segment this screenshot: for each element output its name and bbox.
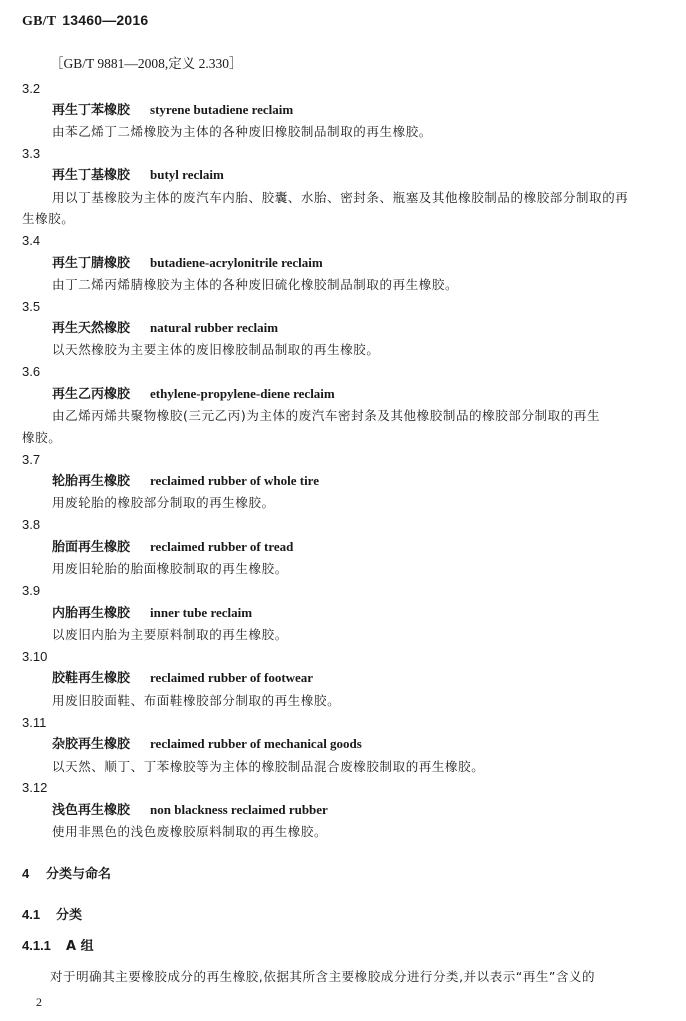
term-heading: 内胎再生橡胶inner tube reclaim [52, 605, 252, 622]
page-header: GB/T13460—2016 [22, 12, 148, 30]
term-definition: 以废旧内胎为主要原料制取的再生橡胶。 [52, 627, 288, 643]
page-number: 2 [36, 995, 42, 1010]
term-zh: 胶鞋再生橡胶 [52, 671, 130, 686]
term-en: natural rubber reclaim [150, 320, 278, 335]
term-number: 3.10 [22, 649, 47, 665]
term-number: 3.3 [22, 146, 40, 162]
term-en: reclaimed rubber of whole tire [150, 473, 319, 488]
term-zh: 杂胶再生橡胶 [52, 737, 130, 752]
term-en: reclaimed rubber of tread [150, 539, 293, 554]
term-heading: 胎面再生橡胶reclaimed rubber of tread [52, 539, 293, 556]
term-heading: 再生丁苯橡胶styrene butadiene reclaim [52, 102, 293, 119]
term-en: butadiene-acrylonitrile reclaim [150, 255, 323, 270]
term-heading: 再生乙丙橡胶ethylene-propylene-diene reclaim [52, 386, 335, 403]
term-number: 3.12 [22, 780, 47, 796]
term-zh: 再生天然橡胶 [52, 321, 130, 336]
term-number: 3.2 [22, 81, 40, 97]
term-zh: 再生丁基橡胶 [52, 168, 130, 183]
term-definition: 以天然、顺丁、丁苯橡胶等为主体的橡胶制品混合废橡胶制取的再生橡胶。 [52, 759, 484, 775]
term-heading: 胶鞋再生橡胶reclaimed rubber of footwear [52, 670, 313, 687]
term-definition: 用以丁基橡胶为主体的废汽车内胎、胶囊、水胎、密封条、瓶塞及其他橡胶制品的橡胶部分… [52, 190, 628, 206]
term-zh: 浅色再生橡胶 [52, 803, 130, 818]
term-definition: 以天然橡胶为主要主体的废旧橡胶制品制取的再生橡胶。 [52, 342, 380, 358]
term-en: butyl reclaim [150, 167, 224, 182]
term-heading: 杂胶再生橡胶reclaimed rubber of mechanical goo… [52, 736, 362, 753]
term-definition: 由苯乙烯丁二烯橡胶为主体的各种废旧橡胶制品制取的再生橡胶。 [52, 124, 432, 140]
term-en: ethylene-propylene-diene reclaim [150, 386, 335, 401]
term-heading: 轮胎再生橡胶reclaimed rubber of whole tire [52, 473, 319, 490]
document-page: GB/T13460—2016 ［GB/T 9881—2008,定义 2.330］… [0, 0, 686, 1021]
section-title: A 组 [66, 939, 94, 954]
term-en: styrene butadiene reclaim [150, 102, 293, 117]
term-zh: 再生丁苯橡胶 [52, 103, 130, 118]
section-number: 4.1 [22, 907, 56, 923]
term-definition: 使用非黑色的浅色废橡胶原料制取的再生橡胶。 [52, 824, 327, 840]
term-definition: 用废轮胎的橡胶部分制取的再生橡胶。 [52, 495, 275, 511]
term-number: 3.9 [22, 583, 40, 599]
term-heading: 浅色再生橡胶non blackness reclaimed rubber [52, 802, 328, 819]
term-definition: 用废旧轮胎的胎面橡胶制取的再生橡胶。 [52, 561, 288, 577]
term-heading: 再生丁腈橡胶butadiene-acrylonitrile reclaim [52, 255, 323, 272]
term-definition: 由丁二烯丙烯腈橡胶为主体的各种废旧硫化橡胶制品制取的再生橡胶。 [52, 277, 458, 293]
section-number: 4 [22, 866, 46, 882]
term-zh: 内胎再生橡胶 [52, 606, 130, 621]
section-heading-4-1: 4.1分类 [22, 907, 82, 924]
term-number: 3.8 [22, 517, 40, 533]
term-zh: 再生乙丙橡胶 [52, 387, 130, 402]
term-zh: 再生丁腈橡胶 [52, 256, 130, 271]
section-title: 分类 [56, 908, 82, 923]
term-zh: 胎面再生橡胶 [52, 540, 130, 555]
section-heading-4-1-1: 4.1.1A 组 [22, 938, 94, 955]
term-number: 3.11 [22, 715, 46, 731]
section-number: 4.1.1 [22, 938, 66, 954]
term-number: 3.5 [22, 299, 40, 315]
term-number: 3.7 [22, 452, 40, 468]
term-definition: 用废旧胶面鞋、布面鞋橡胶部分制取的再生橡胶。 [52, 693, 340, 709]
section-title: 分类与命名 [46, 867, 111, 882]
term-en: reclaimed rubber of footwear [150, 670, 313, 685]
reference-citation: ［GB/T 9881—2008,定义 2.330］ [50, 56, 243, 72]
term-number: 3.4 [22, 233, 40, 249]
term-en: non blackness reclaimed rubber [150, 802, 328, 817]
term-number: 3.6 [22, 364, 40, 380]
term-definition-continued: 橡胶。 [22, 430, 61, 446]
term-en: reclaimed rubber of mechanical goods [150, 736, 362, 751]
term-definition: 由乙烯丙烯共聚物橡胶(三元乙丙)为主体的废汽车密封条及其他橡胶制品的橡胶部分制取… [52, 408, 600, 424]
standard-number: 13460—2016 [62, 12, 148, 28]
term-definition-continued: 生橡胶。 [22, 211, 74, 227]
term-zh: 轮胎再生橡胶 [52, 474, 130, 489]
standard-prefix: GB/T [22, 14, 56, 29]
section-heading-4: 4分类与命名 [22, 866, 111, 883]
term-heading: 再生丁基橡胶butyl reclaim [52, 167, 224, 184]
term-heading: 再生天然橡胶natural rubber reclaim [52, 320, 278, 337]
term-en: inner tube reclaim [150, 605, 252, 620]
body-paragraph: 对于明确其主要橡胶成分的再生橡胶,依据其所含主要橡胶成分进行分类,并以表示“再生… [50, 969, 595, 985]
